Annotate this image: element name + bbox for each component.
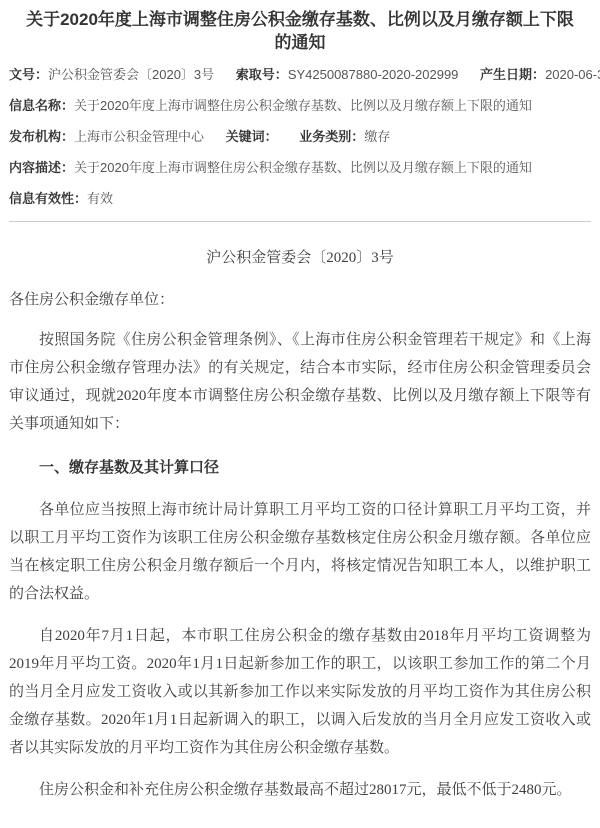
section-heading-1: 一、缴存基数及其计算口径	[9, 454, 591, 482]
document-number-line: 沪公积金管委会〔2020〕3号	[9, 244, 591, 272]
meta-doc-number: 文号：沪公积金管委会〔2020〕3号	[9, 67, 214, 82]
paragraph-adjustment-rules: 自2020年7月1日起，本市职工住房公积金的缴存基数由2018年月平均工资调整为…	[9, 622, 591, 762]
meta-row-description: 内容描述：关于2020年度上海市调整住房公积金缴存基数、比例以及月缴存额上下限的…	[9, 159, 591, 176]
meta-category: 业务类别：缴存	[299, 129, 390, 144]
meta-validity-value: 有效	[87, 191, 113, 206]
meta-info-name: 信息名称：关于2020年度上海市调整住房公积金缴存基数、比例以及月缴存额上下限的…	[9, 98, 532, 113]
meta-validity: 信息有效性：有效	[9, 191, 113, 206]
notice-page: 关于2020年度上海市调整住房公积金缴存基数、比例以及月缴存额上下限的通知 文号…	[0, 0, 600, 828]
paragraph-base-limits: 住房公积金和补充住房公积金缴存基数最高不超过28017元，最低不低于2480元。	[9, 776, 591, 804]
meta-date: 产生日期：2020-06-30	[480, 67, 600, 82]
metadata-block: 文号：沪公积金管委会〔2020〕3号 索取号：SY4250087880-2020…	[9, 60, 591, 207]
document-body: 沪公积金管委会〔2020〕3号 各住房公积金缴存单位： 按照国务院《住房公积金管…	[9, 222, 591, 804]
meta-row-publisher: 发布机构：上海市公积金管理中心 关键词： 业务类别：缴存	[9, 128, 591, 145]
meta-doc-number-label: 文号：	[9, 67, 48, 82]
meta-doc-number-value: 沪公积金管委会〔2020〕3号	[48, 67, 214, 82]
meta-keywords-label: 关键词：	[226, 129, 278, 144]
meta-publisher-label: 发布机构：	[9, 129, 74, 144]
meta-index: 索取号：SY4250087880-2020-202999	[236, 67, 459, 82]
meta-publisher-value: 上海市公积金管理中心	[74, 129, 204, 144]
meta-category-value: 缴存	[364, 129, 390, 144]
page-title: 关于2020年度上海市调整住房公积金缴存基数、比例以及月缴存额上下限的通知	[9, 6, 591, 60]
meta-info-name-value: 关于2020年度上海市调整住房公积金缴存基数、比例以及月缴存额上下限的通知	[74, 98, 532, 113]
meta-description-value: 关于2020年度上海市调整住房公积金缴存基数、比例以及月缴存额上下限的通知	[74, 160, 532, 175]
meta-keywords: 关键词：	[226, 129, 278, 144]
meta-index-value: SY4250087880-2020-202999	[288, 67, 459, 82]
paragraph-base-calculation: 各单位应当按照上海市统计局计算职工月平均工资的口径计算职工月平均工资，并以职工月…	[9, 496, 591, 608]
meta-validity-label: 信息有效性：	[9, 191, 87, 206]
meta-date-value: 2020-06-30	[545, 67, 600, 82]
meta-description: 内容描述：关于2020年度上海市调整住房公积金缴存基数、比例以及月缴存额上下限的…	[9, 160, 532, 175]
paragraph-intro: 按照国务院《住房公积金管理条例》、《上海市住房公积金管理若干规定》和《上海市住房…	[9, 326, 591, 438]
meta-description-label: 内容描述：	[9, 160, 74, 175]
meta-date-label: 产生日期：	[480, 67, 545, 82]
salutation: 各住房公积金缴存单位：	[9, 286, 591, 314]
meta-info-name-label: 信息名称：	[9, 98, 74, 113]
meta-publisher: 发布机构：上海市公积金管理中心	[9, 129, 204, 144]
meta-category-label: 业务类别：	[299, 129, 364, 144]
meta-row-validity: 信息有效性：有效	[9, 190, 591, 207]
meta-index-label: 索取号：	[236, 67, 288, 82]
meta-row-docnum: 文号：沪公积金管委会〔2020〕3号 索取号：SY4250087880-2020…	[9, 66, 591, 83]
meta-row-info-name: 信息名称：关于2020年度上海市调整住房公积金缴存基数、比例以及月缴存额上下限的…	[9, 97, 591, 114]
